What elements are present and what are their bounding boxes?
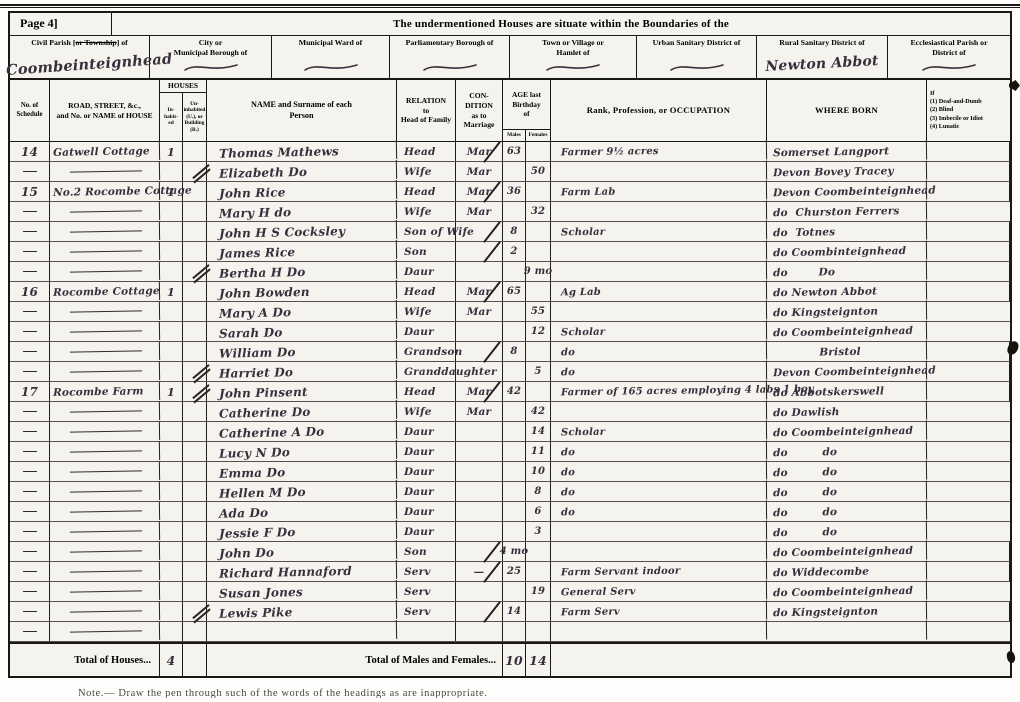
- table-row: Harriet Do Granddaughter 5 do Devon Coom…: [10, 362, 1010, 382]
- cell-condition: Mar: [456, 282, 503, 301]
- cell-age-male: [503, 582, 526, 601]
- district-box-ecclesiastical: Ecclesiastical Parish or District of: [888, 36, 1010, 78]
- cell-inhabited: [160, 442, 183, 461]
- cell-infirmity: [927, 322, 1010, 341]
- cell-inhabited: [160, 402, 183, 421]
- cell-infirmity: [927, 542, 1010, 561]
- cell-name: [207, 620, 397, 643]
- header-females: Females: [526, 130, 550, 141]
- cell-inhabited: [160, 542, 183, 561]
- cell-schedule: [10, 502, 50, 521]
- cell-name: Bertha H Do: [207, 260, 397, 283]
- form-footnote: Note.— Draw the pen through such of the …: [78, 688, 488, 698]
- cell-house: Rocombe Cottage: [50, 281, 160, 302]
- cell-age-male: 42: [503, 382, 526, 401]
- cell-house: [50, 361, 160, 382]
- cell-house: [50, 461, 160, 482]
- cell-condition: [456, 242, 503, 261]
- cell-age-male: [503, 262, 526, 281]
- cell-infirmity: [927, 162, 1010, 181]
- flourish-mark: [544, 60, 602, 73]
- cell-age-male: [503, 362, 526, 381]
- cell-condition: [456, 342, 503, 361]
- cell-house: [50, 221, 160, 242]
- cell-inhabited: [160, 242, 183, 261]
- cell-house: No.2 Rocombe Cottage: [50, 181, 160, 202]
- table-row: Sarah Do Daur 12 Scholar do Coombeinteig…: [10, 322, 1010, 342]
- cell-occupation: [551, 400, 767, 422]
- cell-condition: [456, 442, 503, 461]
- table-row: Lewis Pike Serv 14 Farm Serv do Kingstei…: [10, 602, 1010, 622]
- cell-infirmity: [927, 582, 1010, 601]
- cell-condition: Mar: [456, 402, 503, 421]
- district-box-rural-sanitary: Rural Sanitary District of Newton Abbot: [757, 36, 888, 78]
- cell-occupation: do: [551, 360, 767, 382]
- cell-occupation: Farm Serv: [551, 600, 767, 622]
- cell-age-male: [503, 462, 526, 481]
- cell-house: [50, 481, 160, 502]
- cell-where-born: Bristol: [767, 341, 927, 363]
- cell-where-born: do Newton Abbot: [767, 281, 927, 303]
- cell-age-male: [503, 202, 526, 221]
- cell-condition: [456, 522, 503, 541]
- cell-age-female: [526, 382, 551, 401]
- cell-house: [50, 301, 160, 322]
- cell-inhabited: [160, 482, 183, 501]
- table-row: Susan Jones Serv 19 General Serv do Coom…: [10, 582, 1010, 602]
- flourish-mark: [302, 60, 360, 73]
- cell-relation: Daur: [397, 262, 456, 281]
- cell-relation: Daur: [397, 442, 456, 461]
- cell-inhabited: [160, 502, 183, 521]
- table-row: Catherine A Do Daur 14 Scholar do Coombe…: [10, 422, 1010, 442]
- cell-house: [50, 601, 160, 622]
- cell-infirmity: [927, 522, 1010, 541]
- header-schedule: No. of Schedule: [10, 80, 50, 141]
- table-row: Jessie F Do Daur 3 do do: [10, 522, 1010, 542]
- scan-top-rule: [0, 4, 1020, 8]
- cell-uninhabited: [183, 402, 207, 421]
- census-rows: 14 Gatwell Cottage 1 Thomas Mathews Head…: [10, 142, 1010, 642]
- cell-age-male: [503, 622, 526, 641]
- cell-infirmity: [927, 442, 1010, 461]
- cell-where-born: Somerset Langport: [767, 141, 927, 163]
- cell-relation: Head: [397, 282, 456, 301]
- cell-name: Emma Do: [207, 460, 397, 483]
- header-infirmity: If (1) Deaf-and-Dumb (2) Blind (3) Imbec…: [927, 80, 1010, 141]
- header-males: Males: [503, 130, 526, 141]
- cell-age-female: 8: [526, 482, 551, 501]
- cell-where-born: do Widdecombe: [767, 561, 927, 583]
- cell-relation: Serv: [397, 602, 456, 621]
- cell-name: Lucy N Do: [207, 440, 397, 463]
- cell-where-born: do Abbotskerswell: [767, 381, 927, 403]
- page-number: Page 4]: [10, 13, 112, 35]
- cell-where-born: Devon Coombeinteignhead: [767, 361, 927, 383]
- header-relation: RELATION to Head of Family: [397, 80, 456, 141]
- cell-occupation: Farm Servant indoor: [551, 560, 767, 582]
- cell-where-born: do Kingsteignton: [767, 601, 927, 623]
- label-pre: Civil Parish [: [31, 38, 75, 47]
- cell-name: John Pinsent: [207, 380, 397, 403]
- cell-age-female: [526, 222, 551, 241]
- table-row: [10, 622, 1010, 642]
- cell-schedule: [10, 422, 50, 441]
- table-row: 16 Rocombe Cottage 1 John Bowden Head Ma…: [10, 282, 1010, 302]
- cell-where-born: Devon Bovey Tracey: [767, 161, 927, 183]
- cell-occupation: do: [551, 480, 767, 502]
- cell-where-born: do Coombeinteignhead: [767, 421, 927, 443]
- top-strip: Page 4] The undermentioned Houses are si…: [10, 13, 1010, 36]
- cell-condition: [456, 222, 503, 241]
- cell-name: John H S Cocksley: [207, 220, 397, 243]
- cell-infirmity: [927, 482, 1010, 501]
- cell-uninhabited: [183, 302, 207, 321]
- cell-relation: Daur: [397, 422, 456, 441]
- cell-relation: Head: [397, 182, 456, 201]
- cell-age-female: 12: [526, 322, 551, 341]
- district-box-town-village: Town or Village or Hamlet of: [510, 36, 637, 78]
- cell-age-male: [503, 502, 526, 521]
- table-row: Richard Hannaford Serv — 25 Farm Servant…: [10, 562, 1010, 582]
- cell-age-female: 3: [526, 522, 551, 541]
- cell-occupation: [551, 540, 767, 562]
- total-houses-value: 4: [160, 644, 183, 677]
- flourish-mark: [920, 60, 978, 73]
- cell-uninhabited: [183, 562, 207, 581]
- cell-relation: Wife: [397, 202, 456, 221]
- cell-where-born: do Coombeinteignhead: [767, 581, 927, 603]
- cell-schedule: [10, 482, 50, 501]
- cell-name: Mary A Do: [207, 300, 397, 323]
- table-row: William Do Grandson 8 do Bristol: [10, 342, 1010, 362]
- cell-age-male: [503, 162, 526, 181]
- cell-infirmity: [927, 282, 1010, 301]
- cell-relation: Wife: [397, 402, 456, 421]
- cell-infirmity: [927, 202, 1010, 221]
- table-row: 14 Gatwell Cottage 1 Thomas Mathews Head…: [10, 142, 1010, 162]
- cell-schedule: [10, 522, 50, 541]
- cell-age-female: [526, 142, 551, 161]
- cell-where-born: do Coombeinteignhead: [767, 321, 927, 343]
- cell-schedule: [10, 302, 50, 321]
- cell-where-born: do do: [767, 481, 927, 503]
- cell-infirmity: [927, 382, 1010, 401]
- cell-age-female: [526, 182, 551, 201]
- cell-age-female: [526, 622, 551, 641]
- table-row: Elizabeth Do Wife Mar 50 Devon Bovey Tra…: [10, 162, 1010, 182]
- cell-house: Rocombe Farm: [50, 381, 160, 402]
- cell-inhabited: [160, 462, 183, 481]
- cell-condition: [456, 422, 503, 441]
- cell-schedule: [10, 562, 50, 581]
- cell-schedule: [10, 462, 50, 481]
- cell-condition: [456, 542, 503, 561]
- district-box-label: Town or Village or Hamlet of: [510, 38, 636, 57]
- cell-schedule: [10, 602, 50, 621]
- cell-house: [50, 621, 160, 642]
- cell-name: John Bowden: [207, 280, 397, 303]
- total-trailing-cell: [551, 644, 1010, 677]
- cell-name: Ada Do: [207, 500, 397, 523]
- cell-schedule: [10, 262, 50, 281]
- cell-schedule: [10, 622, 50, 641]
- cell-uninhabited: [183, 442, 207, 461]
- age-subcolumns: Males Females: [503, 130, 550, 141]
- cell-name: Catherine A Do: [207, 420, 397, 443]
- cell-where-born: do do: [767, 441, 927, 463]
- cell-inhabited: [160, 262, 183, 281]
- cell-schedule: [10, 322, 50, 341]
- cell-age-male: 8: [503, 222, 526, 241]
- cell-schedule: 16: [10, 282, 50, 301]
- cell-condition: Mar: [456, 382, 503, 401]
- header-occupation: Rank, Profession, or OCCUPATION: [551, 80, 767, 141]
- cell-occupation: [551, 160, 767, 182]
- cell-relation: Daur: [397, 522, 456, 541]
- cell-name: Richard Hannaford: [207, 560, 397, 583]
- cell-age-female: 50: [526, 162, 551, 181]
- cell-house: [50, 541, 160, 562]
- cell-relation: Head: [397, 142, 456, 161]
- cell-relation: Daur: [397, 462, 456, 481]
- cell-where-born: do do: [767, 521, 927, 543]
- table-row: Mary H do Wife Mar 32 do Churston Ferrer…: [10, 202, 1010, 222]
- cell-condition: [456, 262, 503, 281]
- cell-name: James Rice: [207, 240, 397, 263]
- district-box-civil-parish: Civil Parish [or Township] of Coombeinte…: [10, 36, 150, 78]
- cell-age-male: 25: [503, 562, 526, 581]
- cell-relation: Granddaughter: [397, 362, 456, 381]
- table-row: Emma Do Daur 10 do do do: [10, 462, 1010, 482]
- cell-name: Harriet Do: [207, 360, 397, 383]
- cell-infirmity: [927, 562, 1010, 581]
- cell-house: [50, 261, 160, 282]
- cell-inhabited: [160, 342, 183, 361]
- cell-age-male: 8: [503, 342, 526, 361]
- cell-occupation: Farmer of 165 acres employing 4 labs 1 b…: [551, 380, 767, 402]
- cell-age-female: [526, 342, 551, 361]
- cell-house: [50, 341, 160, 362]
- cell-schedule: [10, 362, 50, 381]
- cell-schedule: [10, 542, 50, 561]
- header-where-born: WHERE BORN: [767, 80, 927, 141]
- table-row: Mary A Do Wife Mar 55 do Kingsteignton: [10, 302, 1010, 322]
- cell-inhabited: 1: [160, 382, 183, 401]
- table-row: 17 Rocombe Farm 1 John Pinsent Head Mar …: [10, 382, 1010, 402]
- cell-condition: Mar: [456, 202, 503, 221]
- cell-name: Susan Jones: [207, 580, 397, 603]
- cell-relation: Son: [397, 242, 456, 261]
- cell-where-born: do Coombinteignhead: [767, 241, 927, 263]
- cell-inhabited: [160, 562, 183, 581]
- houses-subcolumns: In- habit- ed Un- inhabited (U.), or Bui…: [160, 93, 206, 141]
- district-box-label: Civil Parish [or Township] of: [10, 38, 149, 48]
- cell-relation: Serv: [397, 562, 456, 581]
- cell-relation: Daur: [397, 322, 456, 341]
- cell-where-born: do Totnes: [767, 221, 927, 243]
- cell-relation: Wife: [397, 162, 456, 181]
- cell-name: John Rice: [207, 180, 397, 203]
- cell-relation: [397, 622, 456, 641]
- district-box-municipal-ward: Municipal Ward of: [272, 36, 390, 78]
- cell-uninhabited: [183, 262, 207, 281]
- cell-occupation: Scholar: [551, 320, 767, 342]
- cell-condition: [456, 622, 503, 641]
- cell-house: Gatwell Cottage: [50, 141, 160, 162]
- rural-sanitary-value: Newton Abbot: [757, 53, 888, 76]
- sheet-title: The undermentioned Houses are situate wi…: [112, 13, 1010, 35]
- district-box-parliamentary-borough: Parliamentary Borough of: [390, 36, 510, 78]
- cell-where-born: do Kingsteignton: [767, 301, 927, 323]
- cell-uninhabited: [183, 502, 207, 521]
- cell-where-born: do do: [767, 501, 927, 523]
- cell-condition: Mar: [456, 142, 503, 161]
- cell-infirmity: [927, 242, 1010, 261]
- flourish-mark: [668, 60, 726, 73]
- cell-uninhabited: [183, 322, 207, 341]
- header-houses: HOUSES: [160, 80, 206, 93]
- header-inhabited: In- habit- ed: [160, 93, 183, 141]
- table-row: 15 No.2 Rocombe Cottage 1 John Rice Head…: [10, 182, 1010, 202]
- cell-age-female: 19: [526, 582, 551, 601]
- cell-relation: Serv: [397, 582, 456, 601]
- flourish-mark: [182, 60, 240, 73]
- total-females-value: 14: [526, 644, 551, 677]
- header-uninhabited: Un- inhabited (U.), or Building (B.): [183, 93, 206, 141]
- cell-age-male: [503, 302, 526, 321]
- table-row: Ada Do Daur 6 do do do: [10, 502, 1010, 522]
- cell-age-male: 14: [503, 602, 526, 621]
- cell-occupation: General Serv: [551, 580, 767, 602]
- cell-age-male: [503, 422, 526, 441]
- cell-age-female: [526, 542, 551, 561]
- cell-age-male: 63: [503, 142, 526, 161]
- cell-age-female: 42: [526, 402, 551, 421]
- cell-age-female: 5: [526, 362, 551, 381]
- cell-infirmity: [927, 182, 1010, 201]
- cell-relation: Son of Wife: [397, 222, 456, 241]
- cell-age-male: 36: [503, 182, 526, 201]
- district-box-label: Parliamentary Borough of: [390, 38, 509, 48]
- cell-name: William Do: [207, 340, 397, 363]
- cell-schedule: [10, 402, 50, 421]
- cell-inhabited: [160, 582, 183, 601]
- cell-name: Jessie F Do: [207, 520, 397, 543]
- cell-age-male: [503, 522, 526, 541]
- cell-age-male: [503, 402, 526, 421]
- table-row: James Rice Son 2 do Coombinteignhead: [10, 242, 1010, 262]
- header-houses-group: HOUSES In- habit- ed Un- inhabited (U.),…: [160, 80, 207, 141]
- cell-relation: Wife: [397, 302, 456, 321]
- cell-age-female: 9 mo: [526, 262, 551, 281]
- cell-age-male: [503, 482, 526, 501]
- cell-uninhabited: [183, 142, 207, 161]
- cell-occupation: Ag Lab: [551, 280, 767, 302]
- cell-occupation: do: [551, 340, 767, 362]
- total-males-value: 10: [503, 644, 526, 677]
- cell-inhabited: [160, 622, 183, 641]
- label-post: ] of: [117, 38, 128, 47]
- cell-name: Lewis Pike: [207, 600, 397, 623]
- cell-relation: Daur: [397, 482, 456, 501]
- cell-house: [50, 441, 160, 462]
- cell-occupation: [551, 200, 767, 222]
- cell-house: [50, 161, 160, 182]
- cell-uninhabited: [183, 342, 207, 361]
- cell-schedule: [10, 242, 50, 261]
- header-age: AGE last Birthday of: [503, 80, 550, 130]
- totals-row: Total of Houses... 4 Total of Males and …: [10, 642, 1010, 677]
- flourish-mark: [421, 60, 479, 73]
- cell-age-female: 14: [526, 422, 551, 441]
- cell-uninhabited: [183, 582, 207, 601]
- cell-occupation: Farmer 9½ acres: [551, 140, 767, 162]
- cell-occupation: [551, 300, 767, 322]
- cell-house: [50, 201, 160, 222]
- cell-relation: Daur: [397, 502, 456, 521]
- cell-where-born: do Dawlish: [767, 401, 927, 423]
- cell-house: [50, 321, 160, 342]
- cell-house: [50, 421, 160, 442]
- cell-inhabited: [160, 522, 183, 541]
- cell-condition: [456, 322, 503, 341]
- cell-uninhabited: [183, 222, 207, 241]
- district-header: Civil Parish [or Township] of Coombeinte…: [10, 36, 1010, 80]
- cell-occupation: Scholar: [551, 420, 767, 442]
- table-row: John H S Cocksley Son of Wife 8 Scholar …: [10, 222, 1010, 242]
- cell-age-male: 65: [503, 282, 526, 301]
- district-box-label: Urban Sanitary District of: [637, 38, 756, 48]
- cell-age-female: 55: [526, 302, 551, 321]
- cell-uninhabited: [183, 382, 207, 401]
- cell-condition: [456, 462, 503, 481]
- district-box-label: Rural Sanitary District of: [757, 38, 887, 48]
- cell-uninhabited: [183, 202, 207, 221]
- table-row: John Do Son 4 mo do Coombeinteignhead: [10, 542, 1010, 562]
- cell-uninhabited: [183, 482, 207, 501]
- cell-relation: Head: [397, 382, 456, 401]
- district-box-label: Municipal Ward of: [272, 38, 389, 48]
- cell-relation: Grandson: [397, 342, 456, 361]
- cell-condition: Mar: [456, 302, 503, 321]
- cell-where-born: do do: [767, 461, 927, 483]
- cell-infirmity: [927, 302, 1010, 321]
- cell-inhabited: 1: [160, 282, 183, 301]
- cell-condition: [456, 582, 503, 601]
- cell-inhabited: [160, 222, 183, 241]
- table-row: Lucy N Do Daur 11 do do do: [10, 442, 1010, 462]
- cell-uninhabited: [183, 362, 207, 381]
- cell-inhabited: 1: [160, 142, 183, 161]
- cell-occupation: [551, 520, 767, 542]
- district-box-label: Ecclesiastical Parish or District of: [888, 38, 1010, 57]
- cell-occupation: [551, 240, 767, 262]
- cell-name: Mary H do: [207, 200, 397, 223]
- cell-occupation: [551, 260, 767, 282]
- cell-inhabited: [160, 322, 183, 341]
- cell-age-male: [503, 442, 526, 461]
- cell-age-female: 10: [526, 462, 551, 481]
- cell-name: Hellen M Do: [207, 480, 397, 503]
- cell-where-born: Devon Coombeinteignhead: [767, 181, 927, 203]
- cell-schedule: [10, 222, 50, 241]
- table-header: No. of Schedule ROAD, STREET, &c., and N…: [10, 80, 1010, 142]
- cell-house: [50, 581, 160, 602]
- cell-infirmity: [927, 602, 1010, 621]
- cell-schedule: 15: [10, 182, 50, 201]
- table-row: Hellen M Do Daur 8 do do do: [10, 482, 1010, 502]
